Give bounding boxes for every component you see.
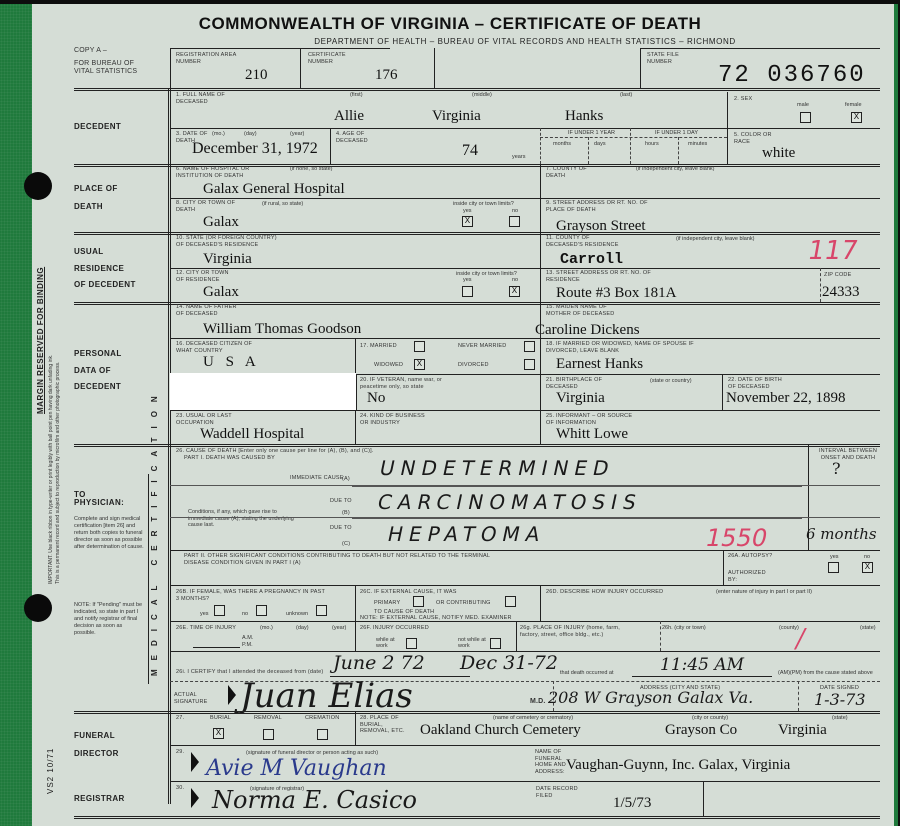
section-personal-data: PERSONAL [74,349,122,358]
race-label: 5. COLOR OR RACE [734,132,774,145]
residence-state-label: 10. STATE (OR FOREIGN COUNTRY) OF DECEAS… [176,235,286,248]
cause-c: HEPATOMA [385,522,548,546]
state-file-number: 72 036760 [718,62,866,89]
months-label: months [553,141,571,147]
attended-to-date: Dec 31-72 [460,652,558,674]
certificate-number-label: CERTIFICATE NUMBER [308,52,368,65]
right-edge-strip [894,4,898,826]
middle-name-hint: (middle) [472,92,492,98]
divider [74,711,880,714]
divider [74,88,880,91]
interval-a: ? [832,459,841,478]
cemetery-name: Oakland Church Cemetery [420,722,581,739]
section-to-physician-2: PHYSICIAN: [74,498,124,507]
physician-note: Complete and sign medical certification … [74,516,146,551]
county-hint: (if independent city, leave blank) [676,236,754,242]
pm-label: P.M. [242,642,253,648]
section-personal-data-3: DECEDENT [74,382,121,391]
dob-label: 22. DATE OF BIRTH OF DECEASED [728,377,788,390]
hospital-hint: (if none, so state) [290,166,333,172]
divider [300,48,301,88]
registration-area-label: REGISTRATION AREA NUMBER [176,52,246,65]
part1-label: PART I. DEATH WAS CAUSED BY [184,455,275,462]
zip-code: 24333 [822,284,860,301]
year-hint: (year) [290,131,304,137]
section-usual-residence-2: RESIDENCE [74,264,124,273]
divider [434,48,435,88]
date-of-birth: November 22, 1898 [726,390,846,407]
never-married-checkbox[interactable] [524,341,535,352]
divider [352,518,802,519]
divider [516,621,517,651]
death-limits-yes-checkbox[interactable]: X [462,216,473,227]
under-day-label: IF UNDER 1 DAY [655,130,698,136]
cremation-label: CREMATION [305,715,339,722]
minutes-label: minutes [688,141,707,147]
last-name-hint: (last) [620,92,632,98]
removal-label: REMOVAL [254,715,282,722]
married-checkbox[interactable] [414,341,425,352]
cause-b: CARCINOMATOSIS [375,490,644,514]
limits-label: inside city or town limits? [453,201,514,207]
divider [722,374,723,410]
divider [703,781,704,816]
redacted-field [170,373,356,410]
mo-hint: (mo.) [212,131,225,137]
pregnancy-yes-checkbox[interactable] [214,605,225,616]
residence-limits-no-checkbox[interactable]: X [509,286,520,297]
residence-county: Carroll [560,251,623,268]
certify-label: 26i. I CERTIFY that I attended the decea… [176,669,323,676]
section-personal-data-2: DATA OF [74,366,111,375]
cemetery-hint: (name of cemetery or crematory) [493,715,573,721]
autopsy-no-checkbox[interactable]: X [862,562,873,573]
part2-label: PART II. OTHER SIGNIFICANT CONDITIONS CO… [184,553,514,566]
middle-name: Virginia [432,108,481,125]
divider [352,486,802,487]
divider [170,128,880,129]
days-label: days [594,141,606,147]
section-funeral-director: FUNERAL [74,731,115,740]
birthplace-label: 21. BIRTHPLACE OF DECEASED [546,377,606,390]
city-county-hint: (city or county) [692,715,728,721]
injury-state-hint: (state) [860,625,876,631]
yes-label: yes [463,208,472,214]
birthplace-hint: (state or country) [650,378,692,384]
divider [355,585,356,651]
residence-state: Virginia [203,251,252,268]
date-filed: 1/5/73 [613,795,651,812]
veteran-label: 20. IF VETERAN, name war, or peacetime o… [360,377,460,390]
divider [727,92,728,128]
cause-stated-label: (AM)(PM) from the cause stated above [778,670,878,676]
death-street-label: 9. STREET ADDRESS OR RT. NO. OF PLACE OF… [546,200,666,213]
section-usual-residence: USUAL [74,247,104,256]
divider [193,647,240,648]
injury-occurred-label: 26f. INJURY OCCURRED [360,625,429,632]
md-label: M.D. [530,699,546,706]
interval-label: INTERVAL BETWEEN ONSET AND DEATH [814,448,882,461]
first-name: Allie [334,108,364,125]
informant: Whitt Lowe [556,426,628,443]
day-hint: (day) [244,131,257,137]
director-number-label: 29. [176,749,184,756]
divider [170,550,880,551]
divider [540,585,541,621]
divider [798,681,799,711]
signature-arrow-icon [228,685,236,705]
external-primary-checkbox[interactable] [413,596,424,607]
injury-city-hint: 26h. (city or town) [662,625,706,631]
registrar-arrow-icon [191,788,199,808]
cause-a: UNDETERMINED [377,456,617,480]
state-file-label: STATE FILE NUMBER [647,52,697,65]
divider [355,711,356,745]
widowed-label: WIDOWED [374,362,403,369]
attended-from-date: June 2 72 [333,652,425,674]
copy-label: COPY A – [74,48,107,55]
divider [820,268,821,302]
yes-label: yes [200,611,209,617]
mo-hint: (mo.) [260,625,273,631]
divider [74,816,880,819]
informant-label: 25. INFORMANT – OR SOURCE OF INFORMATION [546,413,636,426]
not-at-work-label: not while at work [458,637,486,649]
no-label: no [242,611,248,617]
binding-margin-label: MARGIN RESERVED FOR BINDING [36,267,45,414]
mother-label: 15. MAIDEN NAME OF MOTHER OF DECEASED [546,304,626,317]
conditions-note: Conditions, if any, which gave rise to i… [188,509,300,529]
last-name: Hanks [565,108,603,125]
county-of-death-label: 7. COUNTY OF DEATH [546,166,596,179]
physician-signature: Juan Elias [240,676,413,716]
occupation: Waddell Hospital [200,426,304,443]
no-label: no [512,208,518,214]
important-note-2: This is a permanent record and subject t… [55,362,61,584]
autopsy-yes-checkbox[interactable] [828,562,839,573]
male-label: male [797,102,809,108]
no-label: no [864,554,870,560]
divider [540,302,541,374]
removal-checkbox[interactable] [263,729,274,740]
not-at-work-checkbox[interactable] [490,638,501,649]
divorced-label: DIVORCED [458,362,489,369]
divider [540,232,541,302]
father-label: 14. NAME OF FATHER OF DECEASED [176,304,246,317]
date-signed: 1-3-73 [814,690,866,709]
certificate-title: COMMONWEALTH OF VIRGINIA – CERTIFICATE O… [0,14,900,34]
divider [678,137,679,164]
county-code: 117 [805,236,860,266]
divider [540,137,727,138]
divider [540,128,541,164]
section-place-of-death-2: DEATH [74,202,103,211]
section-usual-residence-3: OF DECEDENT [74,280,136,289]
time-of-injury-label: 26e. TIME OF INJURY [176,625,236,632]
section-place-of-death: PLACE OF [74,184,118,193]
full-name-label: 1. FULL NAME OF DECEASED [176,92,256,105]
age-label: 4. AGE OF DECEASED [336,131,386,144]
registration-area-number: 210 [245,67,268,84]
hospital-label: 6. NAME OF HOSPITAL OR INSTITUTION OF DE… [176,166,266,179]
date-filed-label: DATE RECORD FILED [536,786,581,799]
under-year-label: IF UNDER 1 YEAR [568,130,615,136]
cause-of-death-label: 26. CAUSE OF DEATH [Enter only one cause… [176,448,596,455]
day-hint: (day) [296,625,309,631]
divorced-checkbox[interactable] [524,359,535,370]
describe-injury-label: 26d. DESCRIBE HOW INJURY OCCURRED [546,589,663,596]
divider [660,621,661,651]
death-certificate: COMMONWEALTH OF VIRGINIA – CERTIFICATE O… [0,4,898,826]
divider [170,621,880,622]
residence-street-label: 13. STREET ADDRESS OR RT. NO. OF RESIDEN… [546,270,666,283]
years-hint: years [512,154,525,160]
divider [727,128,728,164]
cremation-checkbox[interactable] [317,729,328,740]
binding-margin-strip [0,4,32,826]
unknown-label: unknown [286,611,308,617]
form-code: VS2 10/71 [46,748,55,794]
am-label: A.M. [242,635,253,641]
never-married-label: NEVER MARRIED [458,343,506,350]
certificate-subtitle: DEPARTMENT OF HEALTH – BUREAU OF VITAL R… [0,37,900,46]
punch-hole [24,172,52,200]
burial-state: Virginia [778,722,827,739]
divider [170,268,880,269]
while-at-work-label: while at work [376,637,400,649]
burial-county: Grayson Co [665,722,737,739]
registrar-number-label: 30. [176,785,184,792]
death-time: 11:45 AM [660,655,744,675]
autopsy-label: 26a. AUTOPSY? [728,553,772,560]
race: white [762,145,795,162]
punch-hole [24,594,52,622]
divider [640,48,641,88]
first-name-hint: (first) [350,92,363,98]
divider [170,198,880,199]
mother-name: Caroline Dickens [535,322,640,339]
due-to-label-2: DUE TO [330,525,352,532]
city-hint: (if rural, so state) [262,201,303,207]
birthplace: Virginia [556,390,605,407]
important-note: IMPORTANT. Use black ribbon in type-writ… [48,355,54,584]
residence-city-label: 12. CITY OR TOWN OF RESIDENCE [176,270,236,283]
divider [74,444,880,447]
divider [630,128,631,164]
citizen-country: U S A [203,354,260,371]
authorized-by-label: AUTHORIZED BY: [728,570,768,583]
external-contributing-checkbox[interactable] [505,596,516,607]
married-label: 17. MARRIED [360,343,397,350]
burial-label: BURIAL [210,715,231,722]
yes-label: yes [830,554,839,560]
medical-certification-label: MEDICAL CERTIFICATION [150,387,159,676]
physician-address: 208 W Grayson Galax Va. [548,688,753,707]
residence-street: Route #3 Box 181A [556,285,676,302]
copy-label-purpose: FOR BUREAU OF VITAL STATISTICS [74,60,154,76]
widowed-checkbox[interactable]: X [414,359,425,370]
occupation-label: 23. USUAL OR LAST OCCUPATION [176,413,236,426]
divider [640,48,880,49]
divider [170,485,880,486]
divider [170,585,880,586]
divider [355,410,356,444]
divider [170,517,880,518]
age: 74 [462,142,478,160]
divider [540,374,541,444]
city-of-death-label: 8. CITY OR TOWN OF DEATH [176,200,236,213]
describe-hint: (enter nature of injury in part I or par… [716,589,812,595]
pregnancy-unknown-checkbox[interactable] [316,605,327,616]
pregnancy-label: 26b. IF FEMALE, WAS THERE A PREGNANCY IN… [176,589,326,602]
due-to-label: DUE TO [330,498,352,505]
signature-label: ACTUAL SIGNATURE [174,692,214,705]
pending-note: NOTE: If "Pending" must be indicated, so… [74,602,144,637]
divider [148,474,149,684]
veteran-status: No [367,390,385,407]
divider [330,128,331,164]
section-registrar: REGISTRAR [74,794,125,803]
state-hint: (state) [832,715,848,721]
female-label: female [845,102,862,108]
certificate-number: 176 [375,67,398,84]
contributing-label: or CONTRIBUTING [436,600,491,607]
immediate-cause-label: IMMEDIATE CAUSE [290,475,344,482]
residence-county-label: 11. COUNTY OF DECEASED'S RESIDENCE [546,235,626,248]
zip-label: ZIP CODE [824,272,851,279]
divider [170,745,880,746]
external-cause-label: 26c. IF EXTERNAL CAUSE, IT WAS [360,589,457,596]
city-of-death: Galax [203,214,239,231]
funeral-home: Vaughan-Guynn, Inc. Galax, Virginia [566,757,790,774]
pregnancy-no-checkbox[interactable] [256,605,267,616]
divider [632,676,772,677]
primary-label: PRIMARY [374,600,400,607]
spouse-label: 18. IF MARRIED OR WIDOWED, NAME OF SPOUS… [546,341,716,354]
director-arrow-icon [191,752,199,772]
burial-place-label: 28. PLACE OF BURIAL, REMOVAL, ETC. [360,715,412,735]
spouse-name: Earnest Hanks [556,356,643,373]
divider [170,338,880,339]
divider [355,338,356,374]
death-at-label: that death occurred at [560,670,614,676]
father-name: William Thomas Goodson [203,321,361,338]
citizen-label: 16. DECEASED CITIZEN OF WHAT COUNTRY [176,341,256,354]
death-limits-no-checkbox[interactable] [509,216,520,227]
residence-limits-yes-checkbox[interactable] [462,286,473,297]
county-hint: (if independent city, leave blank) [636,166,714,172]
sex-male-checkbox[interactable] [800,112,811,123]
sex-female-checkbox[interactable]: X [851,112,862,123]
injury-county-mark: / [796,624,805,654]
sex-label: 2. SEX [734,96,752,103]
funeral-director-signature: Avie M Vaughan [206,756,387,781]
divider [170,781,880,782]
business-label: 24. KIND OF BUSINESS OR INDUSTRY [360,413,430,426]
divider [170,410,880,411]
residence-city: Galax [203,284,239,301]
section-decedent: DECEDENT [74,122,121,131]
divider [170,48,171,88]
disposition-label: 27. [176,715,184,722]
divider [723,550,724,585]
yes-label: yes [463,277,472,283]
registrar-signature: Norma E. Casico [212,786,417,814]
divider [588,137,589,164]
divider [356,374,357,410]
cause-code: 1550 [703,524,770,552]
year-hint: (year) [332,625,346,631]
hours-label: hours [645,141,659,147]
while-at-work-checkbox[interactable] [406,638,417,649]
burial-checkbox[interactable]: X [213,728,224,739]
no-label: no [512,277,518,283]
interval-c: 6 months [806,525,877,543]
date-of-death: December 31, 1972 [192,140,318,158]
place-of-injury-label: 26g. PLACE OF INJURY (home, farm, factor… [520,625,624,638]
divider [170,48,390,49]
section-funeral-director-2: DIRECTOR [74,749,119,758]
hospital-name: Galax General Hospital [203,181,345,198]
